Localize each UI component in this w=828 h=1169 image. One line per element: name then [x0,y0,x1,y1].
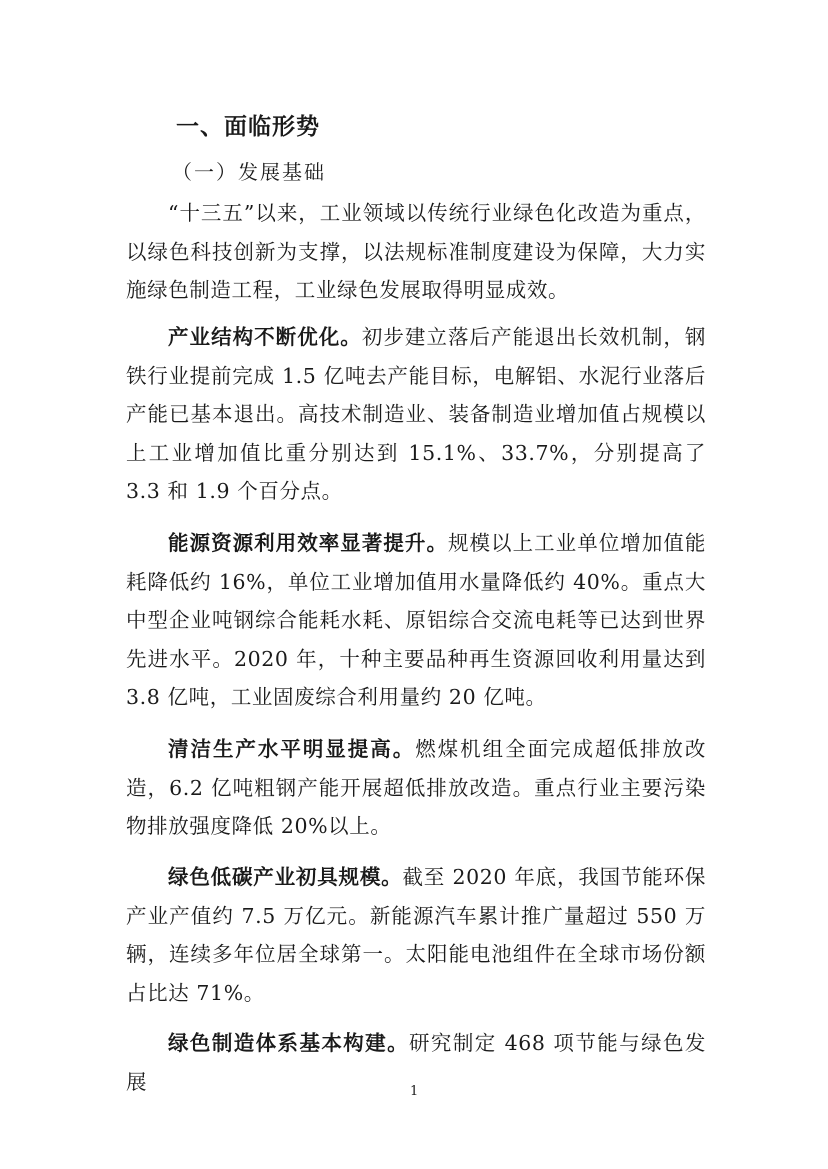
paragraph-text: 规模以上工业单位增加值能耗降低约 16%，单位工业增加值用水量降低约 40%。重… [126,531,706,709]
document-page: 一、面临形势 （一）发展基础 “十三五”以来，工业领域以传统行业绿色化改造为重点… [0,0,828,1169]
subsection-heading: （一）发展基础 [172,156,326,185]
paragraph-energy-efficiency: 能源资源利用效率显著提升。规模以上工业单位增加值能耗降低约 16%，单位工业增加… [126,524,706,717]
paragraph-lead: 产业结构不断优化。 [168,325,362,349]
paragraph-text: “十三五”以来，工业领域以传统行业绿色化改造为重点，以绿色科技创新为支撑，以法规… [126,201,706,302]
page-number: 1 [410,1084,418,1099]
section-heading: 一、面临形势 [176,108,320,141]
paragraph-lead: 绿色制造体系基本构建。 [168,1031,409,1055]
paragraph-lead: 清洁生产水平明显提高。 [168,737,415,761]
paragraph-lead: 绿色低碳产业初具规模。 [168,865,402,889]
paragraph-clean-production: 清洁生产水平明显提高。燃煤机组全面完成超低排放改造，6.2 亿吨粗钢产能开展超低… [126,730,706,846]
paragraph-intro: “十三五”以来，工业领域以传统行业绿色化改造为重点，以绿色科技创新为支撑，以法规… [126,194,706,310]
paragraph-lead: 能源资源利用效率显著提升。 [168,531,448,555]
paragraph-green-industry: 绿色低碳产业初具规模。截至 2020 年底，我国节能环保产业产值约 7.5 万亿… [126,858,706,1012]
paragraph-industrial-structure: 产业结构不断优化。初步建立落后产能退出长效机制，钢铁行业提前完成 1.5 亿吨去… [126,318,706,511]
paragraph-text: 初步建立落后产能退出长效机制，钢铁行业提前完成 1.5 亿吨去产能目标，电解铝、… [126,325,706,503]
